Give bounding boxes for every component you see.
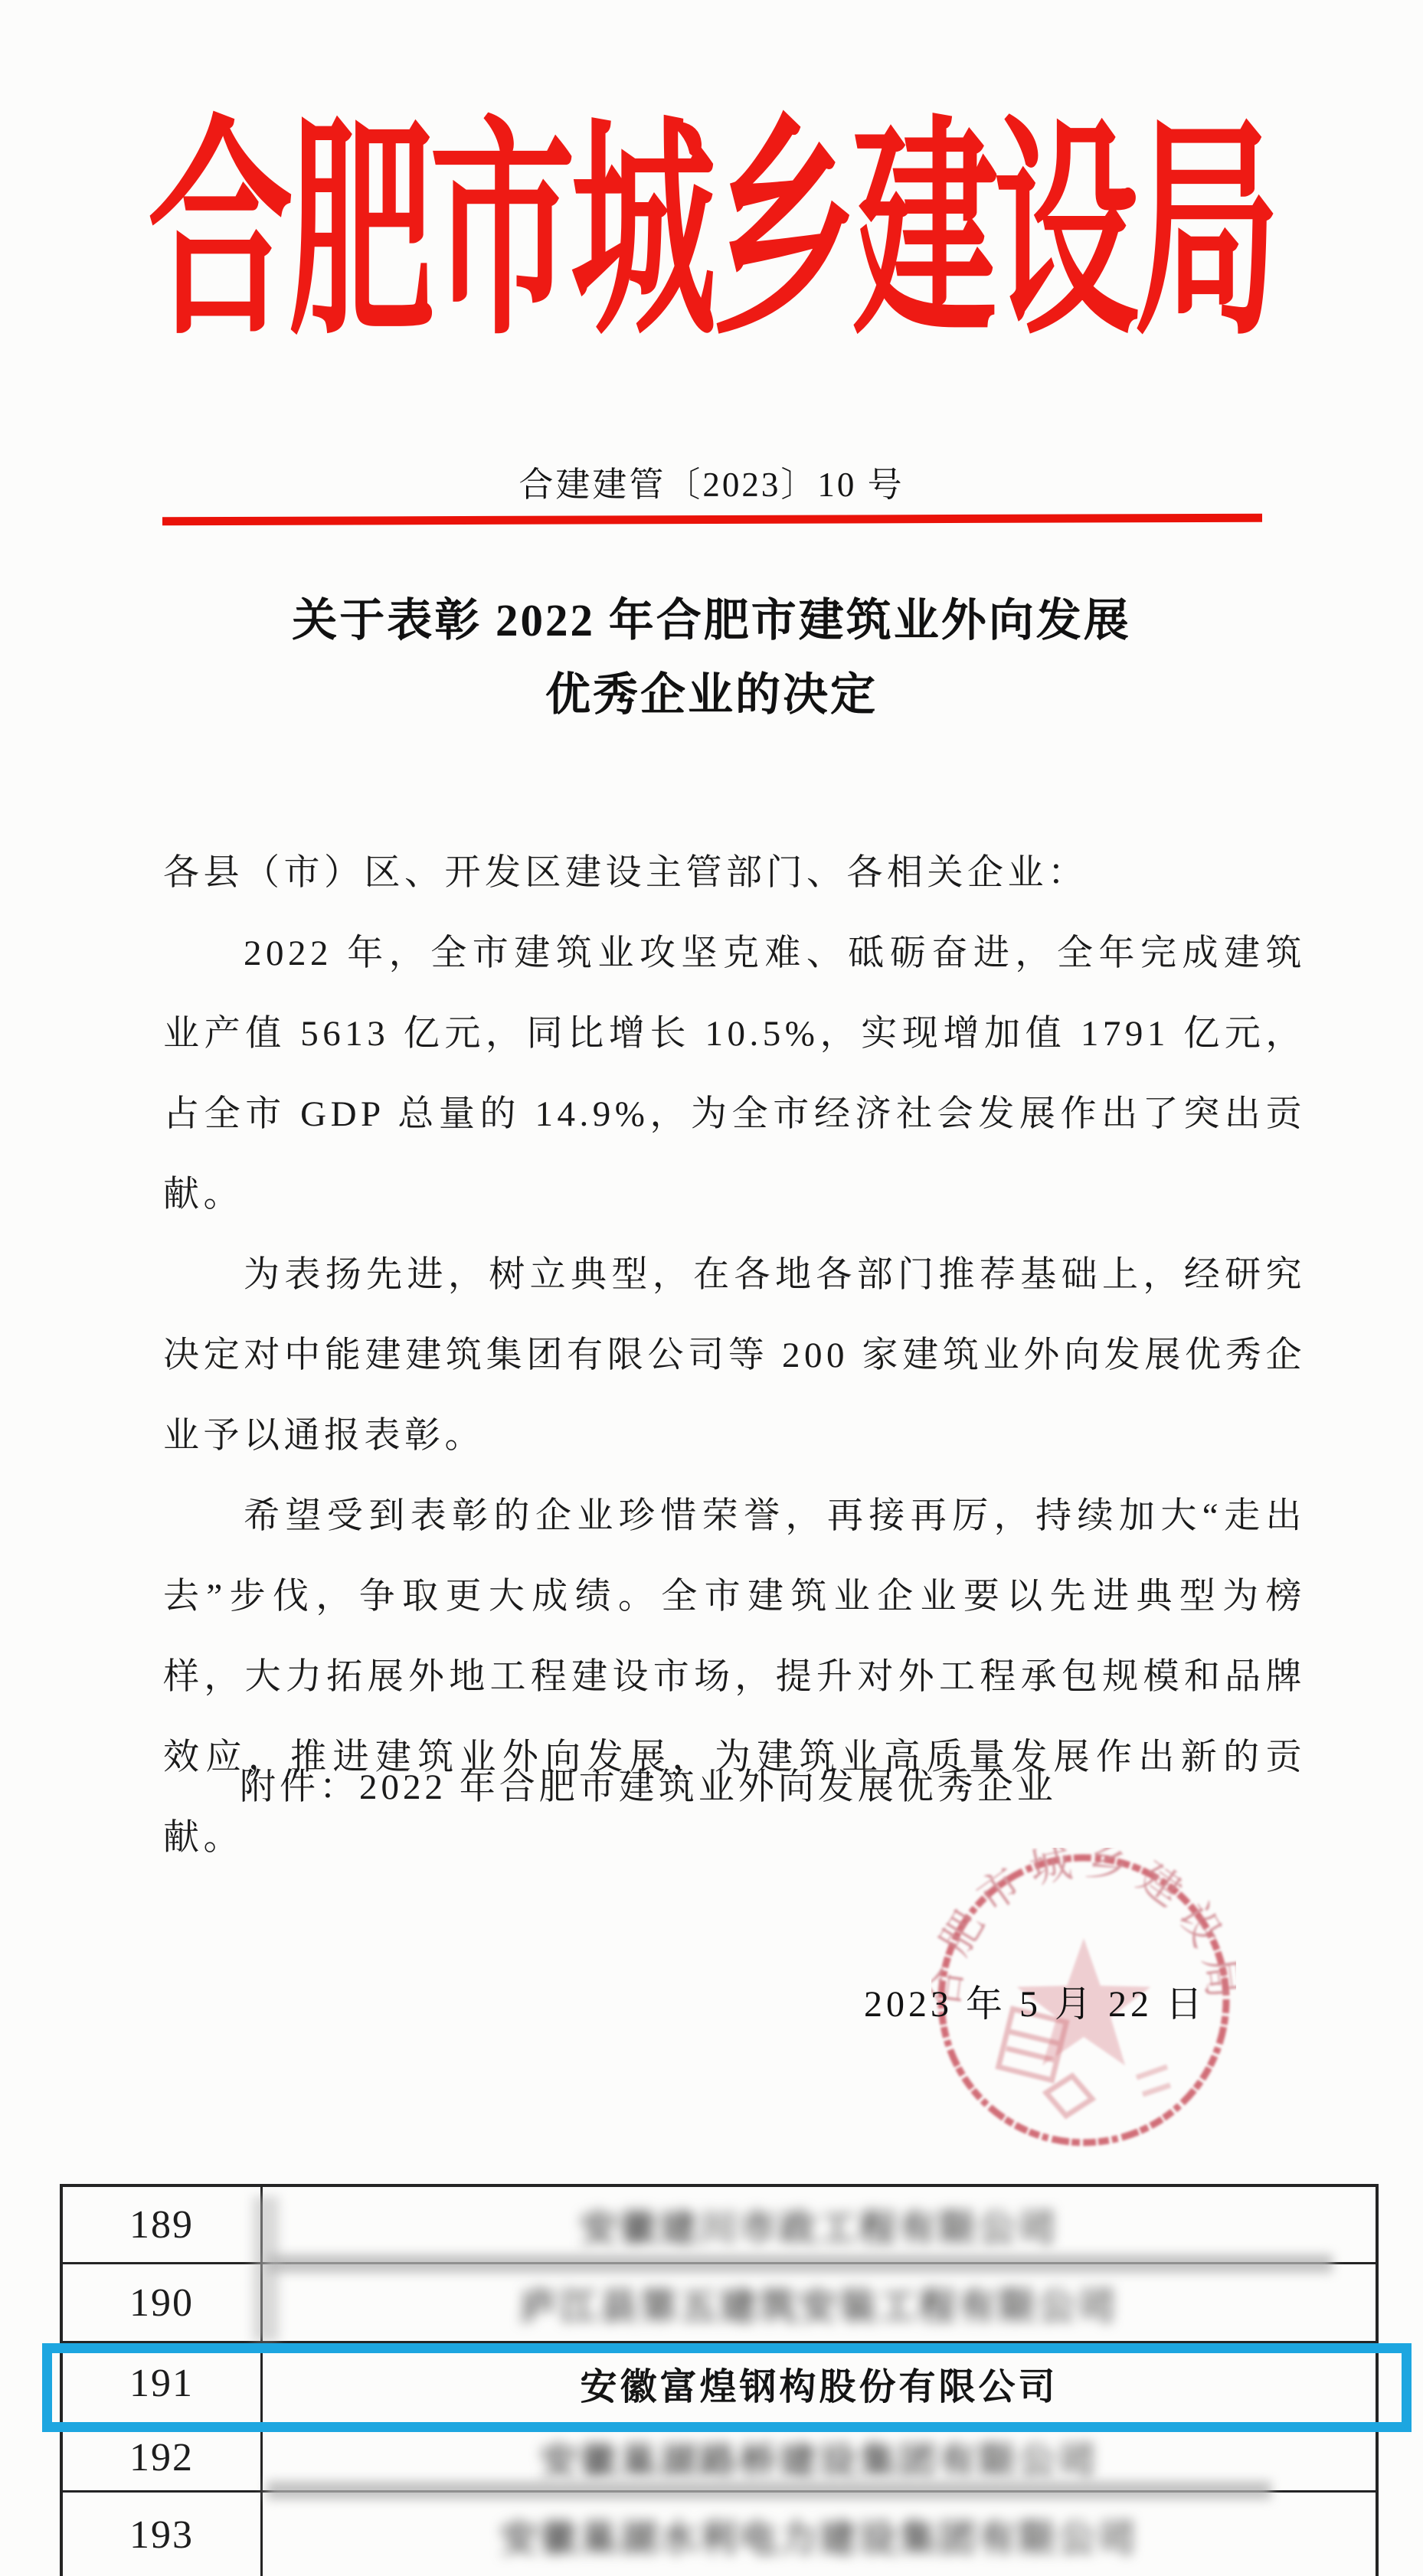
attachment-line: 附件：2022 年合肥市建筑业外向发展优秀企业 [163, 1747, 1306, 1828]
rank-cell: 189 [63, 2187, 263, 2262]
issue-date: 2023 年 5 月 22 日 [864, 1974, 1206, 2027]
notice-body: 各县（市）区、开发区建设主管部门、各相关企业： 2022 年，全市建筑业攻坚克难… [163, 833, 1306, 1878]
row-191-highlight-box [42, 2343, 1412, 2432]
blur-smear-band [253, 2196, 279, 2342]
body-paragraphs: 2022 年，全市建筑业攻坚克难、砥砺奋进，全年完成建筑业产值 5613 亿元，… [163, 914, 1306, 1878]
red-divider-rule [162, 514, 1262, 526]
agency-title: 合肥市城乡建设局 [0, 44, 1423, 379]
notice-title-line2: 优秀企业的决定 [0, 658, 1423, 732]
salutation-line: 各县（市）区、开发区建设主管部门、各相关企业： [163, 833, 1306, 914]
table-row: 193安徽巢湖水利电力建设集团有限公司 [63, 2493, 1376, 2576]
body-paragraph: 为表扬先进，树立典型，在各地各部门推荐基础上，经研究决定对中能建建筑集团有限公司… [163, 1235, 1306, 1476]
blur-smear-band [267, 2481, 1271, 2499]
notice-title-line1: 关于表彰 2022 年合肥市建筑业外向发展 [0, 584, 1423, 658]
company-cell-blurred: 安徽巢湖水利电力建设集团有限公司 [263, 2493, 1376, 2576]
doc-number: 合建建管〔2023〕10 号 [0, 456, 1423, 506]
company-cell-blurred: 庐江县第五建筑安装工程有限公司 [263, 2264, 1376, 2341]
blur-smear-band [267, 2254, 1333, 2273]
body-paragraph: 2022 年，全市建筑业攻坚克难、砥砺奋进，全年完成建筑业产值 5613 亿元，… [163, 914, 1306, 1235]
rank-cell: 190 [63, 2264, 263, 2341]
document-page: 合肥市城乡建设局 合建建管〔2023〕10 号 关于表彰 2022 年合肥市建筑… [0, 0, 1423, 2576]
notice-title: 关于表彰 2022 年合肥市建筑业外向发展 优秀企业的决定 [0, 584, 1423, 732]
rank-cell: 192 [63, 2425, 263, 2490]
rank-cell: 193 [63, 2493, 263, 2576]
company-cell-blurred: 安徽建川市政工程有限公司 [263, 2187, 1376, 2262]
